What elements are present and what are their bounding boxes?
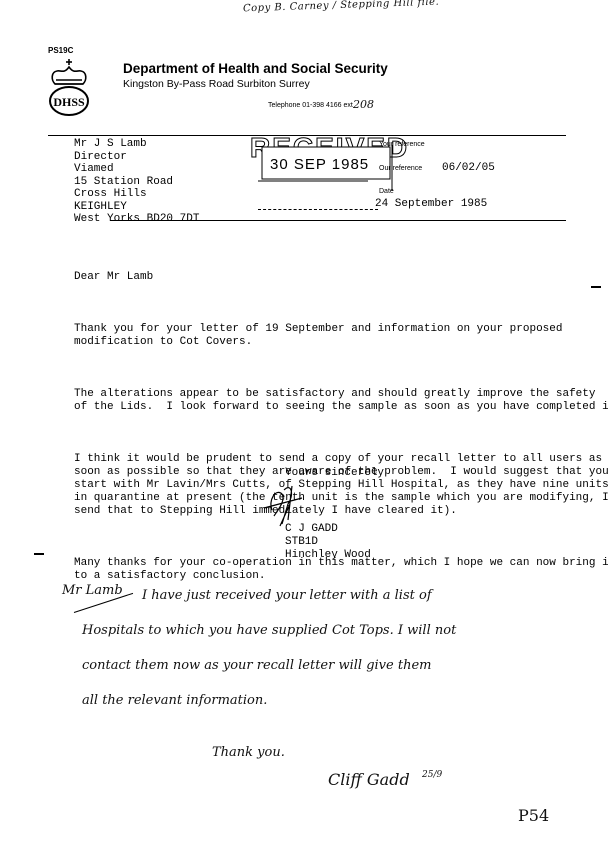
your-reference-label: Your reference (379, 141, 425, 148)
closing: Yours sincerely (285, 467, 384, 480)
crown-icon (52, 59, 86, 84)
recipient-line: Cross Hills (74, 188, 199, 201)
note-line: Hospitals to which you have supplied Cot… (62, 613, 562, 648)
recipient-line: Mr J S Lamb (74, 138, 199, 151)
note-line: contact them now as your recall letter w… (62, 648, 562, 683)
page-mark: P54 (518, 806, 549, 825)
paragraph: Thank you for your letter of 19 Septembe… (74, 323, 604, 349)
handwritten-note: I have just received your letter with a … (62, 578, 562, 718)
telephone-number: Telephone 01-398 4166 ext (268, 102, 353, 109)
handwritten-signature: Cliff Gadd (328, 770, 410, 789)
recipient-line: Director (74, 151, 199, 164)
signatory-division: STB1D (285, 536, 318, 549)
letter-date: 24 September 1985 (375, 198, 487, 211)
telephone-extension: 208 (353, 98, 374, 111)
date-dashed-line (258, 209, 378, 210)
note-line: all the relevant information. (62, 683, 562, 718)
recipient-address: Mr J S Lamb Director Viamed 15 Station R… (74, 138, 199, 226)
recipient-line: 15 Station Road (74, 176, 199, 189)
note-line: I have just received your letter with a … (62, 578, 562, 613)
department-name: Department of Health and Social Security (123, 61, 388, 76)
our-reference-value: 06/02/05 (442, 162, 495, 175)
our-reference-label: Our reference (379, 165, 422, 172)
stamp-date: 30 SEP 1985 (270, 156, 369, 173)
paragraph: I think it would be prudent to send a co… (74, 453, 604, 518)
handwritten-note-date: 25/9 (422, 770, 442, 780)
recipient-line: KEIGHLEY (74, 201, 199, 214)
dhss-crown-logo: DHSS (48, 58, 90, 118)
paragraph: The alterations appear to be satisfactor… (74, 388, 604, 414)
signatory-location: Hinchley Wood (285, 549, 371, 562)
signatory-name: C J GADD (285, 523, 338, 536)
handwritten-thanks: Thank you. (212, 745, 285, 760)
date-label: Date (379, 188, 394, 195)
recipient-line: West Yorks BD20 7DT (74, 213, 199, 226)
logo-text: DHSS (53, 95, 85, 109)
fold-mark-right (591, 286, 601, 288)
form-code: PS19C (48, 46, 73, 55)
handwritten-copy-note: Copy B. Carney / Stepping Hill file. (243, 0, 439, 14)
department-address: Kingston By-Pass Road Surbiton Surrey (123, 78, 310, 90)
recipient-line: Viamed (74, 163, 199, 176)
salutation: Dear Mr Lamb (74, 271, 604, 284)
fold-mark-left (34, 553, 44, 555)
